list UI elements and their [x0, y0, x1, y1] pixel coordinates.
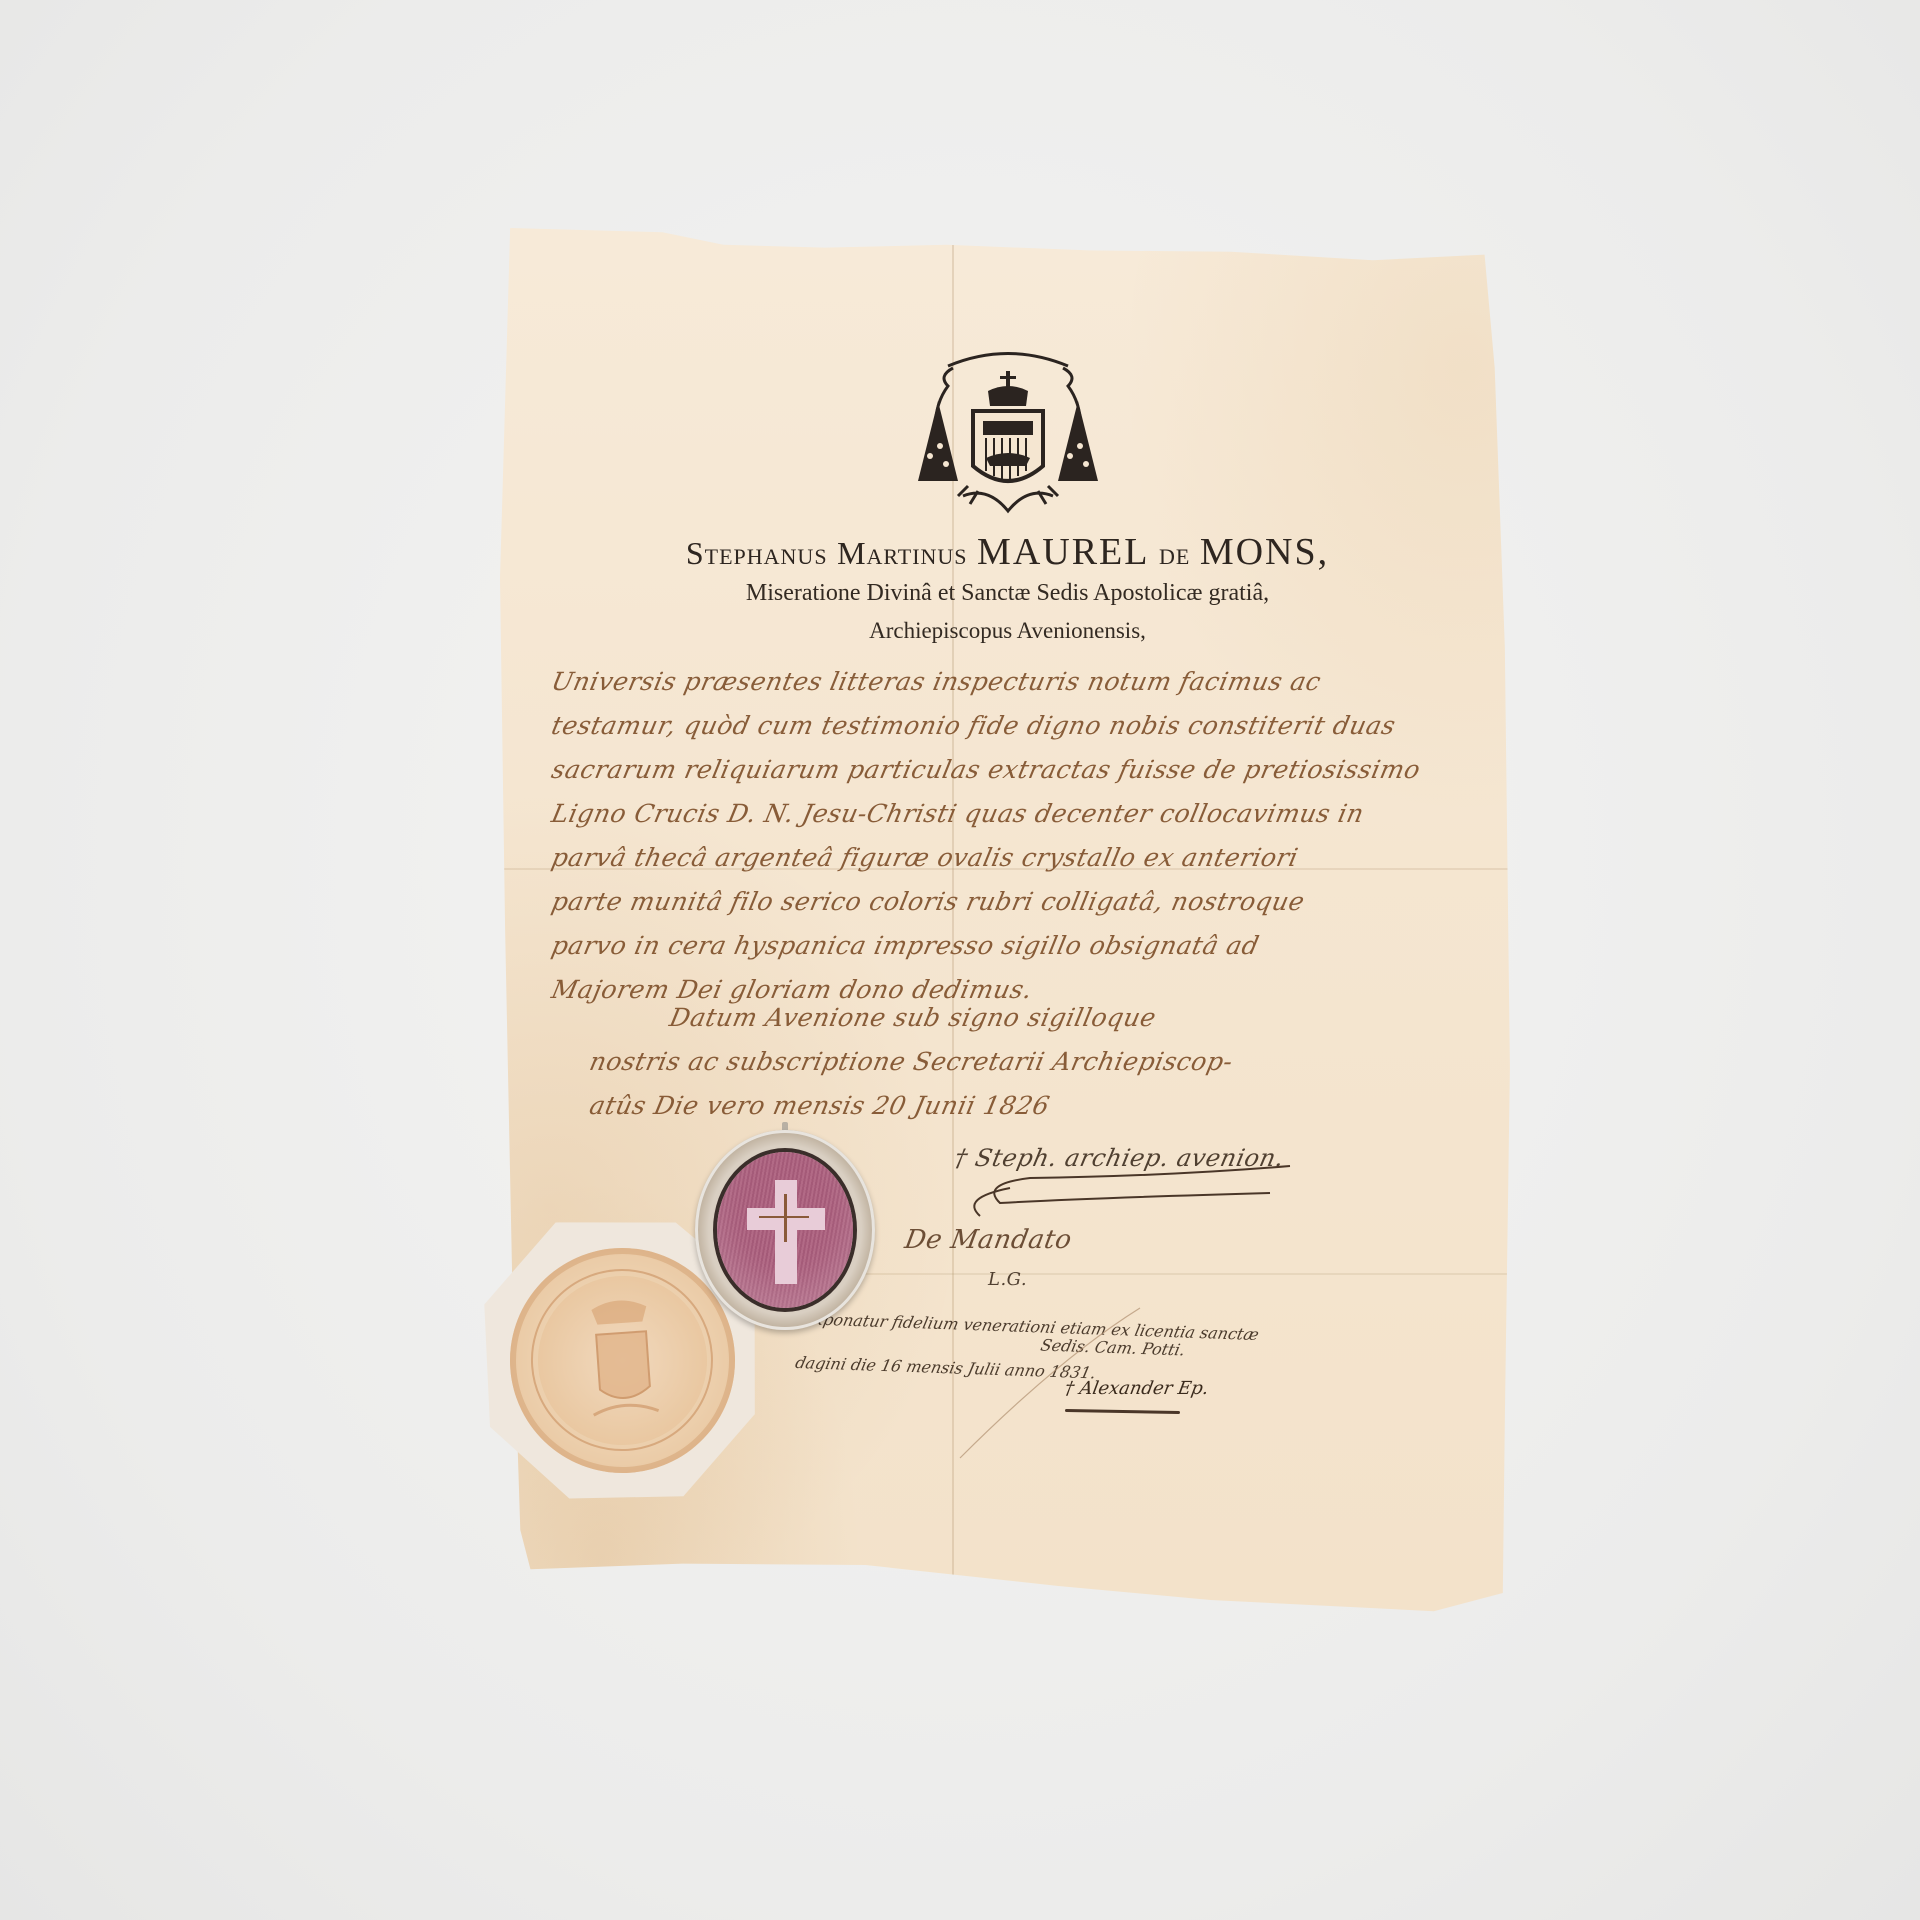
mandate-initials: L.G. [988, 1258, 1027, 1302]
relic-fragment [784, 1194, 787, 1242]
dating-line: atûs Die vero mensis 20 Junii 1826 [585, 1084, 1237, 1128]
manuscript-line: parvâ thecâ argenteâ figuræ ovalis cryst… [547, 836, 1424, 880]
reliquary-silk [717, 1152, 853, 1308]
archbishop-name-heading: Stephanus Martinus MAUREL de MONS, [500, 530, 1515, 574]
manuscript-body: Universis præsentes litteras inspecturis… [552, 660, 1420, 1012]
annotation-line: exponatur fidelium venerationi etiam ex … [802, 1306, 1261, 1348]
mandate-label: De Mandato [901, 1218, 1075, 1262]
manuscript-line: Ligno Crucis D. N. Jesu-Christi quas dec… [547, 792, 1424, 836]
title-line-archbishop: Archiepiscopus Avenionensis, [500, 618, 1515, 644]
manuscript-line: testamur, quòd cum testimonio fide digno… [547, 704, 1424, 748]
name-maurel: MAUREL [977, 531, 1149, 573]
margin-pencil-note: Vienne [1660, 459, 1710, 478]
relic-fragment [759, 1216, 809, 1218]
manuscript-line: parte munitâ filo serico coloris rubri c… [547, 880, 1424, 924]
manuscript-line: Universis præsentes litteras inspecturis… [547, 660, 1424, 704]
dating-line: nostris ac subscriptione Secretarii Arch… [585, 1040, 1237, 1084]
dating-clause: Datum Avenione sub signo sigilloque nost… [670, 996, 1233, 1128]
signature-underline [1065, 1409, 1180, 1414]
coat-of-arms-icon [908, 346, 1108, 521]
mandate-text: De Mandato [905, 1218, 1072, 1262]
name-de: de [1159, 535, 1190, 571]
annotation-signature: † Alexander Ep. [1063, 1378, 1210, 1399]
title-line: Miseratione Divinâ et Sanctæ Sedis Apost… [500, 580, 1515, 607]
name-martinus: Martinus [837, 535, 967, 571]
name-mons: MONS, [1200, 531, 1329, 573]
manuscript-line: sacrarum reliquiarum particulas extracta… [547, 748, 1424, 792]
dating-line: Datum Avenione sub signo sigilloque [665, 996, 1237, 1040]
name-stephanus: Stephanus [686, 535, 828, 571]
manuscript-line: parvo in cera hyspanica impresso sigillo… [547, 924, 1424, 968]
signature-flourish-icon [970, 1158, 1310, 1218]
reliquary-theca [695, 1130, 875, 1330]
